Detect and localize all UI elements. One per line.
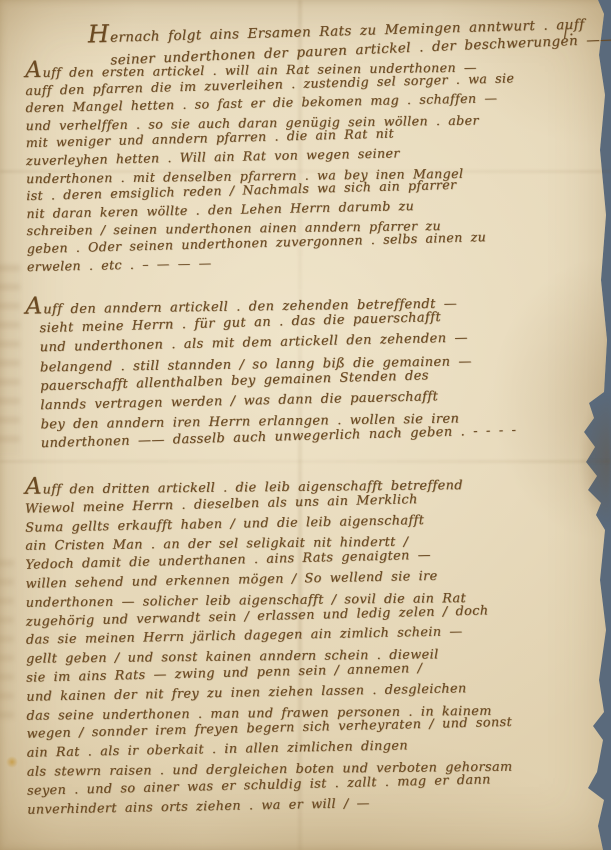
ink-showthrough-upper [0, 265, 20, 455]
paragraph-article-2: Auff den anndern artickell . den zehende… [25, 291, 516, 454]
ink-showthrough-lower [0, 560, 14, 720]
paragraph-article-3: Auff den dritten artickell . die leib ai… [25, 474, 513, 820]
horizontal-fold-crease-lower [0, 460, 611, 463]
paragraph-article-1: Auff den ersten artickel . will ain Rat … [25, 58, 516, 275]
ink-stain [6, 756, 18, 768]
manuscript-scan: /. Hernach folgt ains Ersamen Rats zu Me… [0, 0, 611, 850]
